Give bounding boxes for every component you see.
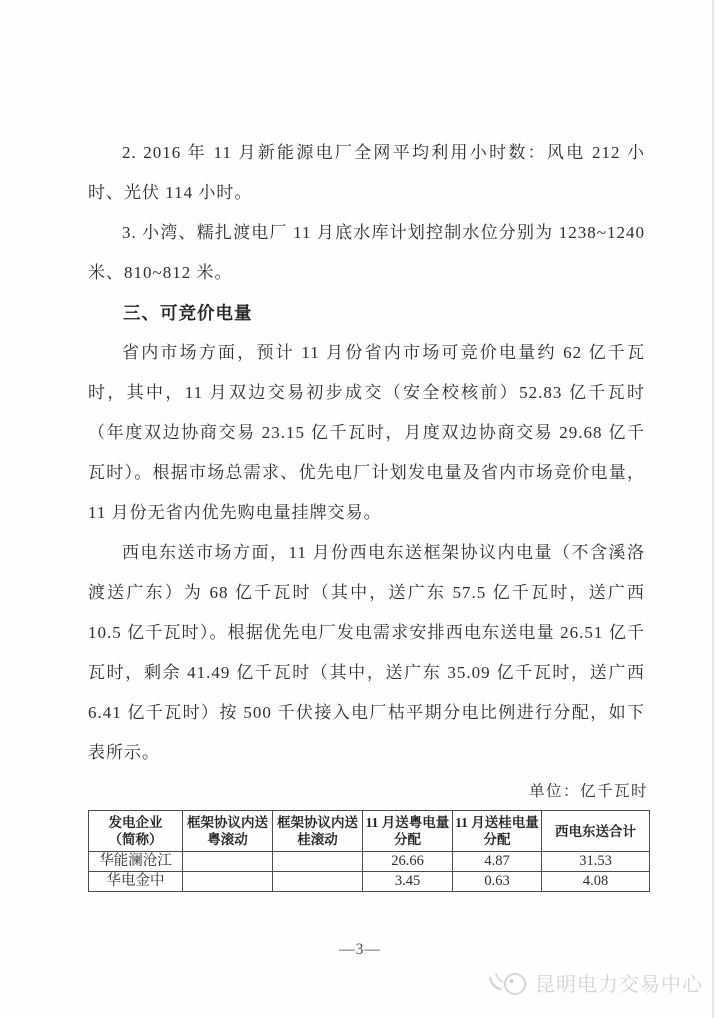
- cell-framework-guangdong: [183, 872, 273, 892]
- cell-framework-guangxi: [273, 872, 363, 892]
- scan-edge-line: [712, 0, 714, 1018]
- column-header-nov-guangdong-allocation: 11 月送粤电量 分配: [363, 811, 453, 852]
- cell-framework-guangdong: [183, 852, 273, 872]
- cell-nov-guangdong: 3.45: [363, 872, 453, 892]
- column-header-company: 发电企业 （简称）: [89, 811, 183, 852]
- cell-nov-guangdong: 26.66: [363, 852, 453, 872]
- cell-company: 华能澜沧江: [89, 852, 183, 872]
- cell-total: 4.08: [542, 872, 650, 892]
- paragraph-new-energy-hours: 2. 2016 年 11 月新能源电厂全网平均利用小时数：风电 212 小时、光…: [88, 133, 645, 213]
- cell-total: 31.53: [542, 852, 650, 872]
- document-page: 2. 2016 年 11 月新能源电厂全网平均利用小时数：风电 212 小时、光…: [0, 0, 720, 1018]
- allocation-table: 发电企业 （简称） 框架协议内送 粤滚动 框架协议内送 桂滚动 11 月送粤电量…: [88, 810, 650, 892]
- section-heading: 三、可竞价电量: [88, 293, 645, 333]
- watermark-text: 昆明电力交易中心: [535, 968, 703, 997]
- page-number: —3—: [0, 941, 720, 959]
- column-header-framework-guangdong: 框架协议内送 粤滚动: [183, 811, 273, 852]
- column-header-framework-guangxi: 框架协议内送 桂滚动: [273, 811, 363, 852]
- cell-nov-guangxi: 4.87: [453, 852, 542, 872]
- cell-company: 华电金中: [89, 872, 183, 892]
- table-row-huadian-jinzhong: 华电金中 3.45 0.63 4.08: [89, 872, 650, 892]
- cell-nov-guangxi: 0.63: [453, 872, 542, 892]
- table-row-huaneng-lancangjiang: 华能澜沧江 26.66 4.87 31.53: [89, 852, 650, 872]
- column-header-west-east-total: 西电东送合计: [542, 811, 650, 852]
- table-header-row: 发电企业 （简称） 框架协议内送 粤滚动 框架协议内送 桂滚动 11 月送粤电量…: [89, 811, 650, 852]
- table-unit-label: 单位：亿千瓦时: [529, 779, 648, 801]
- trading-center-logo-icon: [487, 969, 529, 997]
- document-body: 2. 2016 年 11 月新能源电厂全网平均利用小时数：风电 212 小时、光…: [88, 133, 645, 773]
- watermark: 昆明电力交易中心: [487, 968, 703, 997]
- cell-framework-guangxi: [273, 852, 363, 872]
- paragraph-west-east-market: 西电东送市场方面，11 月份西电东送框架协议内电量（不含溪洛渡送广东）为 68 …: [88, 533, 645, 773]
- column-header-nov-guangxi-allocation: 11 月送桂电量 分配: [453, 811, 542, 852]
- paragraph-provincial-market: 省内市场方面，预计 11 月份省内市场可竞价电量约 62 亿千瓦时，其中，11 …: [88, 333, 645, 533]
- paragraph-reservoir-levels: 3. 小湾、糯扎渡电厂 11 月底水库计划控制水位分别为 1238~1240 米…: [88, 213, 645, 293]
